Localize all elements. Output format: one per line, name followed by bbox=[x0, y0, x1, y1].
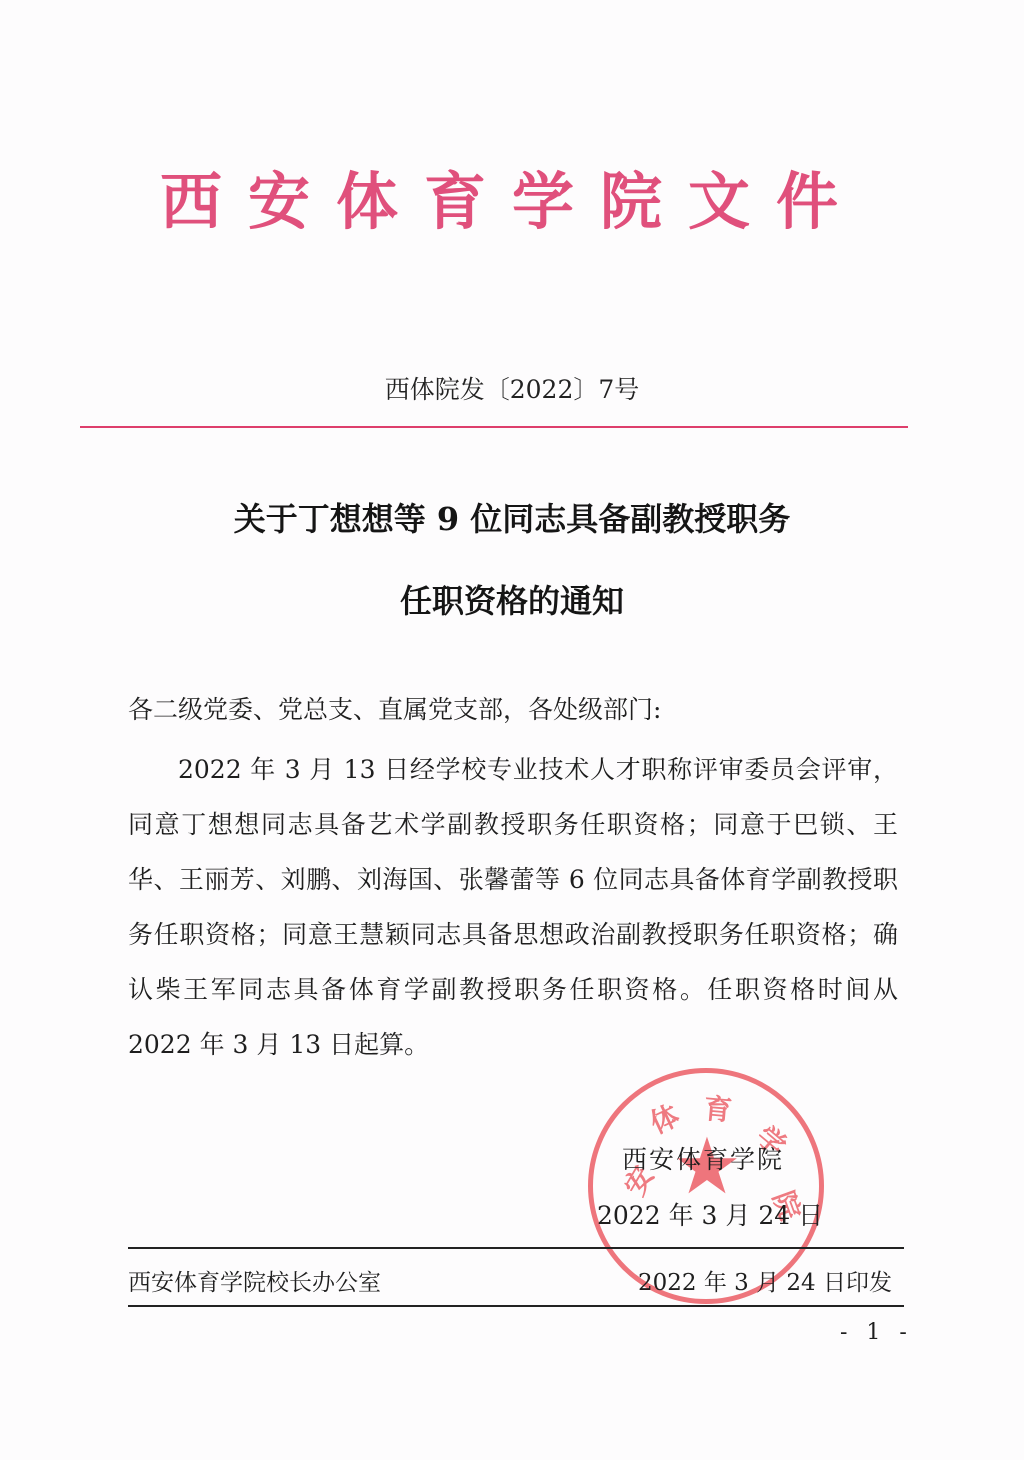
signature-organization: 西安体育学院 bbox=[622, 1140, 784, 1176]
footer-issue-date: 2022 年 3 月 24 日印发 bbox=[638, 1264, 892, 1297]
page-number: - 1 - bbox=[840, 1320, 913, 1345]
document-title-line-2: 任职资格的通知 bbox=[0, 576, 1024, 622]
footer-issuer: 西安体育学院校长办公室 bbox=[128, 1264, 381, 1297]
document-title-line-1: 关于丁想想等 9 位同志具备副教授职务 bbox=[0, 494, 1024, 540]
body-paragraph: 2022 年 3 月 13 日经学校专业技术人才职称评审委员会评审，同意丁想想同… bbox=[128, 742, 898, 1072]
document-masthead: 西安体育学院文件 bbox=[0, 152, 1024, 241]
seal-arc-char: 育 bbox=[702, 1087, 733, 1129]
footer-rule-top bbox=[128, 1247, 904, 1249]
document-number: 西体院发〔2022〕7号 bbox=[0, 370, 1024, 406]
salutation: 各二级党委、党总支、直属党支部，各处级部门: bbox=[128, 690, 661, 726]
signature-date: 2022 年 3 月 24 日 bbox=[597, 1196, 823, 1232]
footer-rule-bottom bbox=[128, 1305, 904, 1307]
red-divider bbox=[80, 426, 908, 428]
